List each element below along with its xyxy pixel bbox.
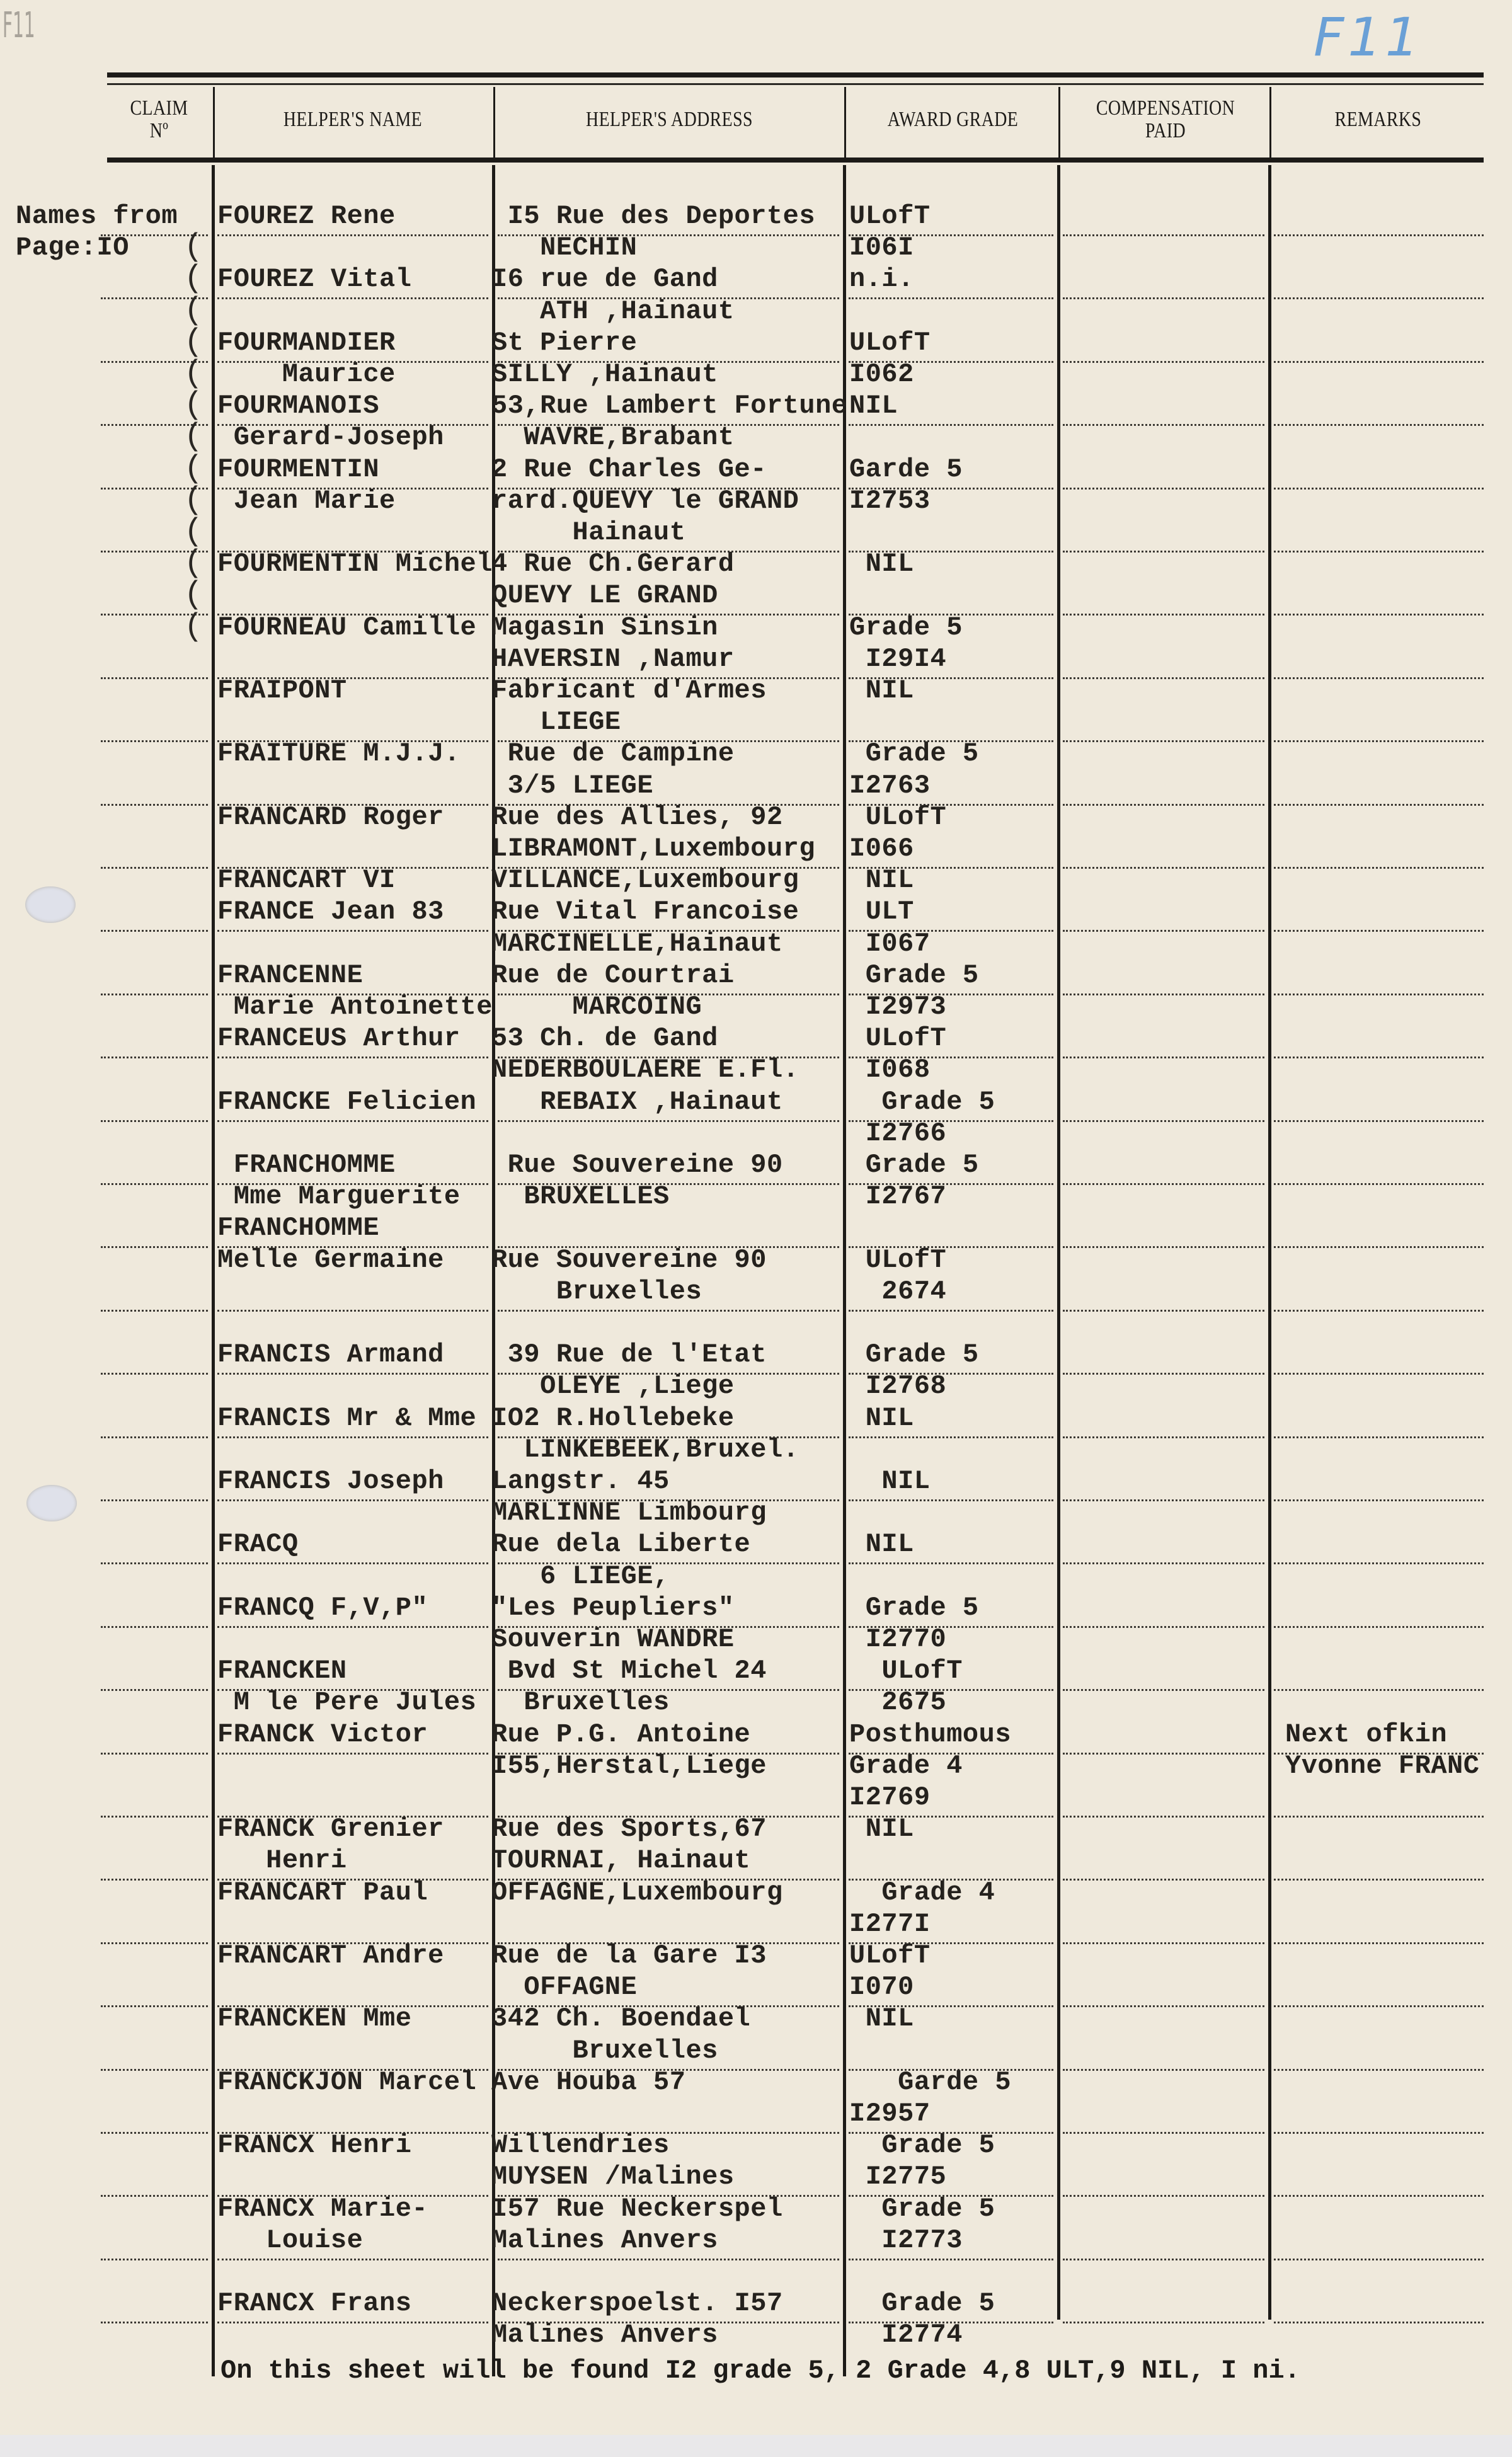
dotted-rule	[1274, 361, 1484, 363]
dotted-rule	[849, 424, 1053, 426]
dotted-rule	[101, 1942, 208, 1944]
helper-address-cell: 4 Rue Ch.Gerard	[491, 548, 735, 580]
helper-address-cell: Rue Vital Francoise	[491, 896, 799, 927]
table-header: CLAIM Nº HELPER'S NAME HELPER'S ADDRESS …	[107, 82, 1484, 157]
remarks-cell: Yvonne FRANC	[1285, 1750, 1479, 1782]
header-divider	[493, 87, 495, 157]
helper-name-cell: FRANCKJON Marcel	[217, 2066, 476, 2098]
helper-address-cell: 39 Rue de l'Etat	[491, 1339, 767, 1370]
claim-note-line-1: Names from	[16, 200, 178, 232]
dotted-rule	[1274, 551, 1484, 553]
award-grade-cell: Grade 5	[849, 612, 963, 643]
award-grade-cell: I2767	[849, 1181, 946, 1212]
dotted-rule	[101, 1120, 208, 1122]
award-grade-cell: I067	[849, 928, 931, 959]
award-grade-cell: Grade 5	[849, 1592, 979, 1624]
award-grade-cell: I2763	[849, 770, 931, 801]
header-helper-name: HELPER'S NAME	[239, 82, 467, 157]
document-sheet: F11 F11 CLAIM Nº HELPER'S NAME HELPER'S …	[0, 0, 1512, 2435]
helper-address-cell: Rue Souvereine 90	[491, 1149, 783, 1181]
helper-name-cell: FRANCKEN	[217, 1655, 347, 1687]
brace-mark: (	[184, 548, 203, 580]
dotted-rule	[1063, 1879, 1264, 1881]
award-grade-cell: NIL	[849, 1465, 931, 1497]
header-divider	[844, 87, 846, 157]
dotted-rule	[1274, 2259, 1484, 2260]
helper-address-cell: Rue de Courtrai	[491, 959, 735, 991]
helper-name-cell: Henri	[217, 1845, 347, 1876]
dotted-rule	[1274, 1626, 1484, 1628]
dotted-rule	[1063, 1310, 1264, 1312]
dotted-rule	[217, 1373, 488, 1375]
award-grade-cell: I2957	[849, 2098, 931, 2129]
brace-mark: (	[184, 517, 203, 548]
punch-hole-lower	[26, 1485, 77, 1521]
helper-address-cell: NECHIN	[491, 232, 637, 263]
helper-address-cell: Souverin WANDRE	[491, 1624, 735, 1655]
dotted-rule	[101, 677, 208, 679]
helper-address-cell: rard.QUEVY le GRAND	[491, 485, 799, 517]
dotted-rule	[101, 2069, 208, 2071]
remarks-cell: Next ofkin	[1285, 1719, 1447, 1750]
helper-address-cell: 2 Rue Charles Ge-	[491, 454, 767, 485]
header-top-rule	[107, 72, 1484, 77]
dotted-rule	[101, 2259, 208, 2260]
helper-address-cell: I5 Rue des Deportes	[491, 200, 815, 232]
dotted-rule	[1063, 994, 1264, 995]
award-grade-cell: Grade 5	[849, 1339, 979, 1370]
helper-address-cell: QUEVY LE GRAND	[491, 580, 718, 611]
helper-address-cell: SILLY ,Hainaut	[491, 358, 718, 390]
helper-address-cell: Rue Souvereine 90	[491, 1244, 767, 1276]
helper-name-cell: FRANCQ F,V,P"	[217, 1592, 428, 1624]
helper-address-cell: HAVERSIN ,Namur	[491, 643, 735, 675]
header-claim-no: CLAIM Nº	[117, 82, 202, 157]
pencil-page-mark: F11	[3, 5, 35, 46]
dotted-rule	[1274, 1436, 1484, 1438]
helper-name-cell: FRANCKEN Mme	[217, 2003, 411, 2034]
award-grade-cell: I2766	[849, 1118, 946, 1149]
helper-name-cell: M le Pere Jules	[217, 1687, 476, 1718]
helper-name-cell: FOURMANOIS	[217, 390, 379, 421]
helper-address-cell: Rue des Sports,67	[491, 1813, 767, 1845]
helper-name-cell: FOUREZ Vital	[217, 263, 411, 295]
dotted-rule	[1274, 234, 1484, 236]
helper-name-cell: FRANCK Grenier	[217, 1813, 444, 1845]
dotted-rule	[1063, 1183, 1264, 1185]
helper-address-cell: OLEYE ,Liege	[491, 1370, 735, 1402]
award-grade-cell: Grade 5	[849, 738, 979, 769]
award-grade-cell: n.i.	[849, 263, 914, 295]
dotted-rule	[1063, 2259, 1264, 2260]
dotted-rule	[1274, 1057, 1484, 1058]
dotted-rule	[1063, 2069, 1264, 2071]
award-grade-cell: I2769	[849, 1782, 931, 1813]
dotted-rule	[1274, 1246, 1484, 1248]
award-grade-cell: Garde 5	[849, 2066, 1011, 2098]
helper-name-cell: FRANCIS Joseph	[217, 1465, 444, 1497]
helper-name-cell: FOURNEAU Camille	[217, 612, 476, 643]
helper-address-cell: MUYSEN /Malines	[491, 2161, 735, 2192]
helper-address-cell: TOURNAI, Hainaut	[491, 1845, 750, 1876]
dotted-rule	[217, 930, 488, 932]
helper-address-cell: Fabricant d'Armes	[491, 675, 767, 706]
helper-name-cell: FRANCKE Felicien	[217, 1086, 476, 1118]
helper-name-cell: FRANCART Paul	[217, 1877, 428, 1908]
header-helper-address: HELPER'S ADDRESS	[526, 82, 813, 157]
helper-address-cell: I55,Herstal,Liege	[491, 1750, 767, 1782]
dotted-rule	[1063, 297, 1264, 299]
sheet-summary-note: On this sheet will be found I2 grade 5, …	[220, 2355, 1300, 2386]
helper-name-cell: FRAITURE M.J.J.	[217, 738, 461, 769]
brace-mark: (	[184, 612, 203, 643]
dotted-rule	[101, 994, 208, 995]
dotted-rule	[217, 1626, 488, 1628]
dotted-rule	[1063, 1499, 1264, 1501]
helper-name-cell: FOUREZ Rene	[217, 200, 396, 232]
award-grade-cell: I066	[849, 833, 914, 864]
helper-address-cell: St Pierre	[491, 327, 637, 358]
dotted-rule	[101, 740, 208, 742]
column-divider-claim-name	[212, 165, 215, 2376]
dotted-rule	[1274, 677, 1484, 679]
dotted-rule	[1274, 2069, 1484, 2071]
dotted-rule	[1274, 2322, 1484, 2323]
dotted-rule	[217, 1499, 488, 1501]
dotted-rule	[101, 1879, 208, 1881]
column-divider-compensation-remarks	[1268, 165, 1271, 2320]
award-grade-cell: I2773	[849, 2225, 963, 2256]
dotted-rule	[1274, 1373, 1484, 1375]
helper-name-cell: Mme Marguerite	[217, 1181, 461, 1212]
dotted-rule	[849, 2259, 1053, 2260]
helper-address-cell: BRUXELLES	[491, 1181, 670, 1212]
helper-name-cell: FRANCIS Mr & Mme	[217, 1402, 476, 1434]
helper-name-cell: FOURMENTIN	[217, 454, 379, 485]
helper-name-cell: FRANCENNE	[217, 959, 363, 991]
dotted-rule	[849, 1310, 1053, 1312]
dotted-rule	[101, 1499, 208, 1501]
award-grade-cell: Posthumous	[849, 1719, 1011, 1750]
dotted-rule	[1274, 1310, 1484, 1312]
claim-note-line-2: Page:IO	[16, 232, 129, 263]
helper-address-cell: Ave Houba 57	[491, 2066, 685, 2098]
helper-address-cell: Rue de la Gare I3	[491, 1940, 767, 1971]
award-grade-cell: NIL	[849, 1528, 914, 1560]
award-grade-cell: ULofT	[849, 1655, 963, 1687]
dotted-rule	[217, 1120, 488, 1122]
helper-address-cell: 3/5 LIEGE	[491, 770, 653, 801]
brace-mark: (	[184, 232, 203, 263]
award-grade-cell: Grade 5	[849, 2129, 995, 2161]
award-grade-cell: I2774	[849, 2319, 963, 2351]
dotted-rule	[101, 1753, 208, 1755]
dotted-rule	[1063, 2132, 1264, 2134]
brace-mark: (	[184, 358, 203, 390]
dotted-rule	[1063, 930, 1264, 932]
award-grade-cell: I2973	[849, 991, 946, 1022]
helper-name-cell: Marie Antoinette	[217, 991, 493, 1022]
helper-address-cell: LIBRAMONT,Luxembourg	[491, 833, 815, 864]
dotted-rule	[101, 1816, 208, 1818]
brace-mark: (	[184, 263, 203, 295]
dotted-rule	[217, 1562, 488, 1564]
folio-number: F11	[1314, 6, 1423, 68]
brace-mark: (	[184, 454, 203, 485]
award-grade-cell: Grade 5	[849, 959, 979, 991]
helper-name-cell: FRANCX Henri	[217, 2129, 411, 2161]
dotted-rule	[101, 1246, 208, 1248]
dotted-rule	[1274, 740, 1484, 742]
dotted-rule	[1274, 488, 1484, 490]
dotted-rule	[101, 2322, 208, 2323]
dotted-rule	[849, 1436, 1053, 1438]
dotted-rule	[1274, 867, 1484, 869]
helper-address-cell: Malines Anvers	[491, 2225, 718, 2256]
award-grade-cell: I06I	[849, 232, 914, 263]
helper-address-cell: I57 Rue Neckerspel	[491, 2193, 783, 2225]
dotted-rule	[217, 2322, 488, 2323]
helper-name-cell: Gerard-Joseph	[217, 421, 444, 453]
award-grade-cell: ULT	[849, 896, 914, 927]
helper-address-cell: MARLINNE Limbourg	[491, 1497, 767, 1528]
award-grade-cell: NIL	[849, 390, 898, 421]
dotted-rule	[1274, 297, 1484, 299]
helper-name-cell: Maurice	[217, 358, 396, 390]
dotted-rule	[101, 1562, 208, 1564]
dotted-rule	[1063, 867, 1264, 869]
helper-address-cell: LIEGE	[491, 706, 621, 738]
dotted-rule	[101, 2005, 208, 2007]
dotted-rule	[101, 2132, 208, 2134]
dotted-rule	[1063, 1120, 1264, 1122]
helper-name-cell: FRANCIS Armand	[217, 1339, 444, 1370]
header-bottom-rule	[107, 157, 1484, 163]
scan-margin	[0, 2435, 1512, 2457]
dotted-rule	[217, 1057, 488, 1058]
brace-mark: (	[184, 390, 203, 421]
dotted-rule	[1274, 424, 1484, 426]
dotted-rule	[1274, 804, 1484, 806]
dotted-rule	[498, 1120, 839, 1122]
helper-address-cell: Rue des Allies, 92	[491, 801, 783, 833]
award-grade-cell: 2674	[849, 1276, 946, 1307]
award-grade-cell: NIL	[849, 2003, 914, 2034]
award-grade-cell: ULofT	[849, 200, 931, 232]
award-grade-cell: NIL	[849, 548, 914, 580]
dotted-rule	[1063, 1436, 1264, 1438]
helper-address-cell: I6 rue de Gand	[491, 263, 718, 295]
helper-address-cell: OFFAGNE	[491, 1971, 637, 2003]
dotted-rule	[217, 1436, 488, 1438]
award-grade-cell: Grade 4	[849, 1877, 995, 1908]
dotted-rule	[1274, 1562, 1484, 1564]
award-grade-cell: I2753	[849, 485, 931, 517]
dotted-rule	[101, 1057, 208, 1058]
dotted-rule	[101, 804, 208, 806]
award-grade-cell: I068	[849, 1054, 931, 1085]
dotted-rule	[1063, 551, 1264, 553]
dotted-rule	[1063, 677, 1264, 679]
dotted-rule	[101, 867, 208, 869]
award-grade-cell: ULofT	[849, 1940, 931, 1971]
brace-mark: (	[184, 485, 203, 517]
dotted-rule	[101, 2195, 208, 2197]
helper-address-cell: Hainaut	[491, 517, 685, 548]
dotted-rule	[849, 1562, 1053, 1564]
award-grade-cell: 2675	[849, 1687, 946, 1718]
dotted-rule	[217, 2259, 488, 2260]
helper-name-cell: FRANCART Andre	[217, 1940, 444, 1971]
helper-name-cell: Louise	[217, 2225, 363, 2256]
dotted-rule	[1274, 930, 1484, 932]
award-grade-cell: Grade 5	[849, 1149, 979, 1181]
brace-mark: (	[184, 421, 203, 453]
helper-name-cell: FRANCX Frans	[217, 2288, 411, 2319]
dotted-rule	[1274, 1879, 1484, 1881]
award-grade-cell: I070	[849, 1971, 914, 2003]
award-grade-cell: NIL	[849, 1402, 914, 1434]
award-grade-cell: I2770	[849, 1624, 946, 1655]
dotted-rule	[498, 2259, 839, 2260]
award-grade-cell: ULofT	[849, 801, 946, 833]
dotted-rule	[1063, 1562, 1264, 1564]
helper-name-cell: FRANCK Victor	[217, 1719, 428, 1750]
brace-mark: (	[184, 295, 203, 327]
dotted-rule	[1063, 1626, 1264, 1628]
dotted-rule	[1063, 2195, 1264, 2197]
dotted-rule	[1274, 1942, 1484, 1944]
dotted-rule	[1274, 2005, 1484, 2007]
dotted-rule	[1274, 994, 1484, 995]
header-award-grade: AWARD GRADE	[866, 82, 1039, 157]
award-grade-cell: ULofT	[849, 327, 931, 358]
award-grade-cell: ULofT	[849, 1244, 946, 1276]
dotted-rule	[1274, 1120, 1484, 1122]
helper-name-cell: FRAIPONT	[217, 675, 347, 706]
header-remarks: REMARKS	[1291, 82, 1465, 157]
helper-address-cell: Neckerspoelst. I57	[491, 2288, 783, 2319]
column-divider-award-compensation	[1057, 165, 1060, 2320]
helper-address-cell: MARCINELLE,Hainaut	[491, 928, 783, 959]
helper-address-cell: Bruxelles	[491, 1276, 702, 1307]
header-compensation-paid: COMPENSATION PAID	[1080, 82, 1251, 157]
header-divider	[1269, 87, 1271, 157]
dotted-rule	[849, 297, 1053, 299]
dotted-rule	[1063, 1057, 1264, 1058]
helper-address-cell: Rue de Campine	[491, 738, 735, 769]
award-grade-cell: Grade 4	[849, 1750, 963, 1782]
award-grade-cell: NIL	[849, 1813, 914, 1845]
dotted-rule	[1063, 1689, 1264, 1691]
helper-address-cell: 53 Ch. de Gand	[491, 1022, 718, 1054]
helper-address-cell: REBAIX ,Hainaut	[491, 1086, 783, 1118]
helper-address-cell: 342 Ch. Boendael	[491, 2003, 750, 2034]
dotted-rule	[101, 1183, 208, 1185]
dotted-rule	[101, 1373, 208, 1375]
dotted-rule	[217, 1310, 488, 1312]
helper-address-cell: NEDERBOULAERE E.Fl.	[491, 1054, 799, 1085]
dotted-rule	[1063, 424, 1264, 426]
dotted-rule	[1274, 1183, 1484, 1185]
dotted-rule	[1063, 488, 1264, 490]
dotted-rule	[1274, 1816, 1484, 1818]
dotted-rule	[1063, 1753, 1264, 1755]
helper-address-cell: Willendries	[491, 2129, 670, 2161]
award-grade-cell: ULofT	[849, 1022, 946, 1054]
award-grade-cell: NIL	[849, 675, 914, 706]
dotted-rule	[1274, 614, 1484, 616]
dotted-rule	[217, 1753, 488, 1755]
helper-address-cell: Bruxelles	[491, 1687, 670, 1718]
dotted-rule	[498, 1310, 839, 1312]
dotted-rule	[1063, 614, 1264, 616]
helper-address-cell: 53,Rue Lambert Fortune	[491, 390, 848, 421]
helper-address-cell: VILLANCE,Luxembourg	[491, 864, 799, 896]
helper-name-cell: Melle Germaine	[217, 1244, 444, 1276]
helper-address-cell: OFFAGNE,Luxembourg	[491, 1877, 783, 1908]
column-divider-address-award	[843, 165, 846, 2376]
helper-address-cell: IO2 R.Hollebeke	[491, 1402, 735, 1434]
helper-name-cell: FRANCX Marie-	[217, 2193, 428, 2225]
dotted-rule	[849, 1499, 1053, 1501]
helper-name-cell: FRANCE Jean 83	[217, 896, 444, 927]
helper-address-cell: ATH ,Hainaut	[491, 295, 735, 327]
dotted-rule	[1274, 2195, 1484, 2197]
dotted-rule	[101, 1310, 208, 1312]
brace-mark: (	[184, 327, 203, 358]
helper-name-cell: FRANCHOMME	[217, 1212, 379, 1244]
dotted-rule	[101, 1626, 208, 1628]
award-grade-cell: I277I	[849, 1908, 931, 1940]
helper-address-cell: Rue P.G. Antoine	[491, 1719, 750, 1750]
award-grade-cell: I29I4	[849, 643, 946, 675]
dotted-rule	[1274, 1499, 1484, 1501]
dotted-rule	[1063, 740, 1264, 742]
award-grade-cell: NIL	[849, 864, 914, 896]
helper-name-cell: FRANCARD Roger	[217, 801, 444, 833]
award-grade-cell: Grade 5	[849, 2193, 995, 2225]
helper-address-cell: "Les Peupliers"	[491, 1592, 735, 1624]
dotted-rule	[1063, 804, 1264, 806]
helper-address-cell: WAVRE,Brabant	[491, 421, 735, 453]
punch-hole-upper	[25, 886, 76, 923]
header-divider	[1058, 87, 1060, 157]
award-grade-cell: I2768	[849, 1370, 946, 1402]
helper-name-cell: FRACQ	[217, 1528, 299, 1560]
award-grade-cell: Grade 5	[849, 1086, 995, 1118]
dotted-rule	[1063, 1816, 1264, 1818]
dotted-rule	[1274, 1689, 1484, 1691]
helper-address-cell: LINKEBEEK,Bruxel.	[491, 1434, 799, 1465]
dotted-rule	[1063, 2005, 1264, 2007]
helper-address-cell: Langstr. 45	[491, 1465, 670, 1497]
helper-address-cell: 6 LIEGE,	[491, 1561, 670, 1592]
helper-name-cell: Jean Marie	[217, 485, 396, 517]
dotted-rule	[1063, 1246, 1264, 1248]
dotted-rule	[101, 1436, 208, 1438]
helper-name-cell: FRANCART VI	[217, 864, 396, 896]
dotted-rule	[1063, 1942, 1264, 1944]
dotted-rule	[101, 930, 208, 932]
helper-name-cell: FRANCEUS Arthur	[217, 1022, 461, 1054]
dotted-rule	[217, 234, 488, 236]
helper-address-cell: MARCOING	[491, 991, 702, 1022]
brace-mark: (	[184, 580, 203, 611]
dotted-rule	[101, 1689, 208, 1691]
dotted-rule	[1063, 2322, 1264, 2323]
helper-address-cell: Rue dela Liberte	[491, 1528, 750, 1560]
